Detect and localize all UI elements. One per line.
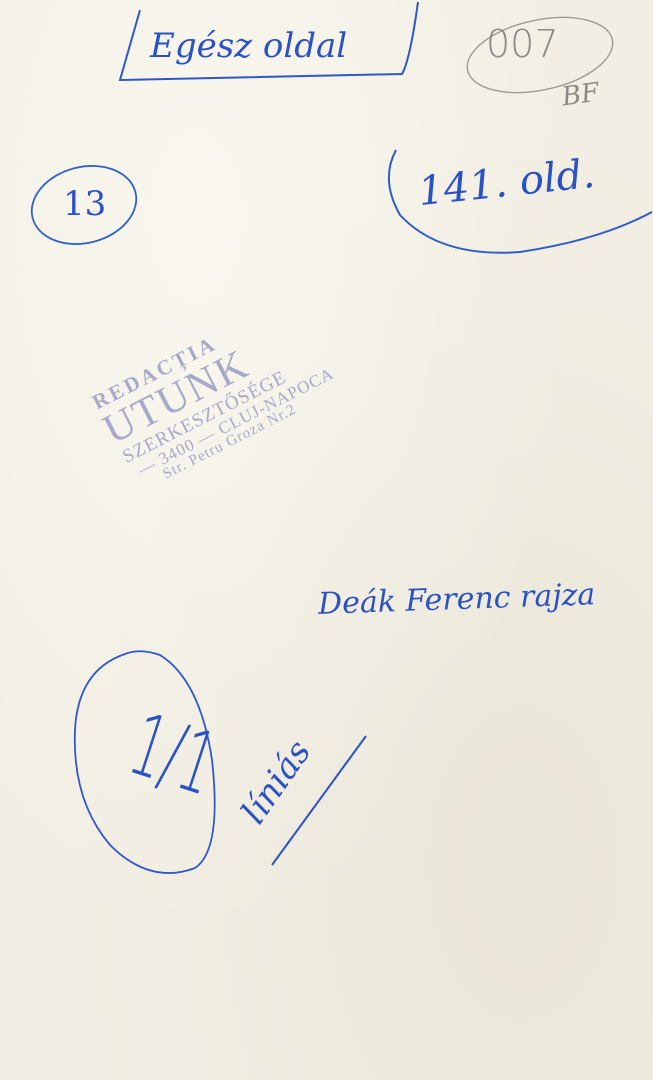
- pencil-number: 007: [486, 22, 559, 66]
- circled-number: 13: [63, 184, 106, 224]
- pencil-initials: BF: [560, 78, 601, 113]
- top-box-label: Egész oldal: [150, 26, 347, 66]
